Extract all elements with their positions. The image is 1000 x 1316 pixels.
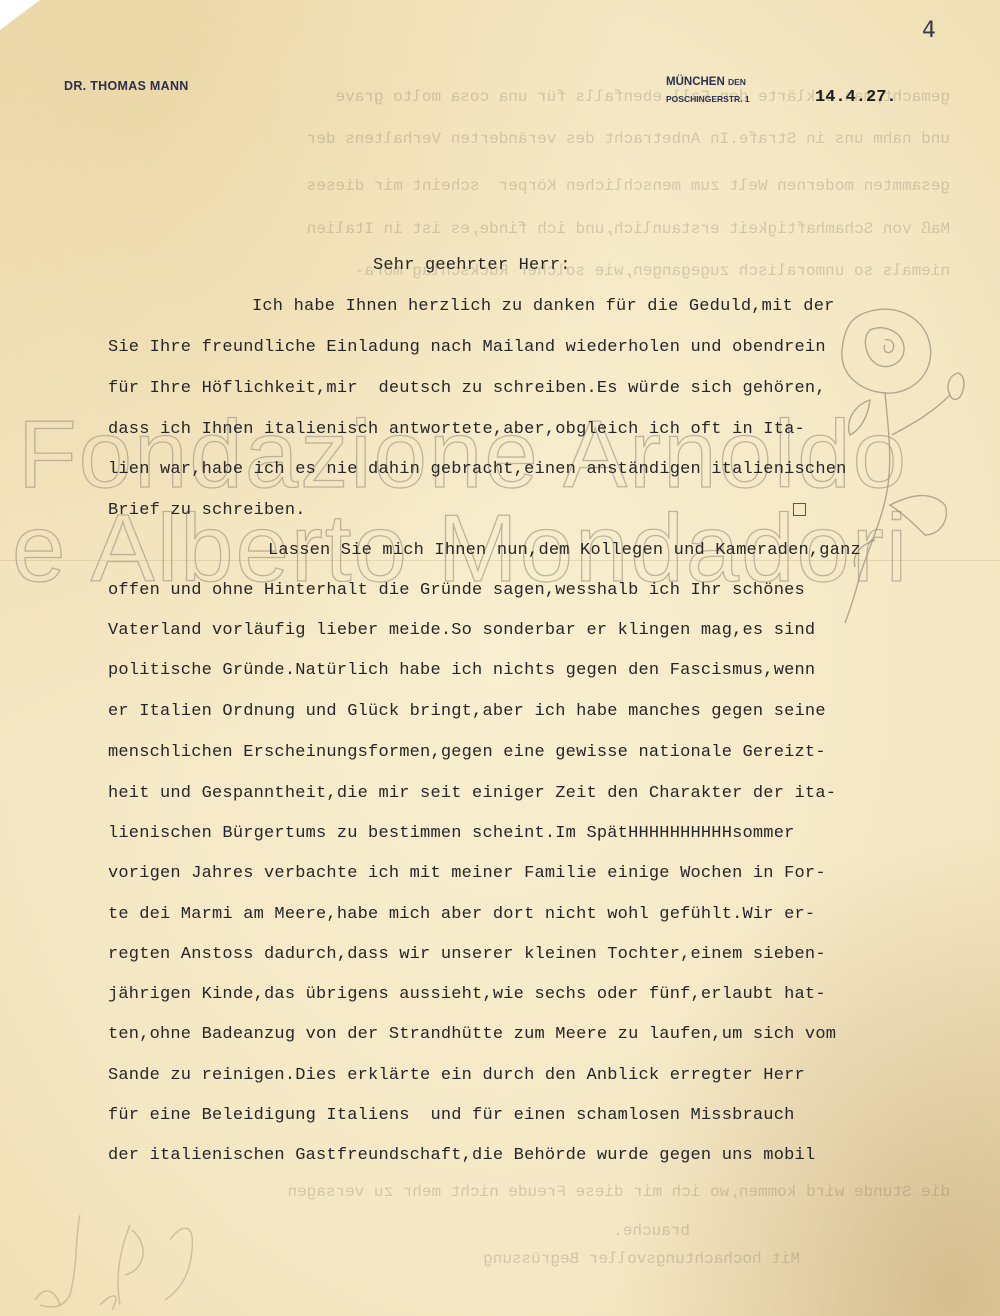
body-line: jährigen Kinde,das übrigens aussieht,wie… — [108, 985, 826, 1004]
showthrough-line: die Stunde wird kommen,wo ich mir diese … — [70, 1183, 950, 1201]
letterhead-city-name: MÜNCHEN — [666, 76, 725, 88]
body-line: te dei Marmi am Meere,habe mich aber dor… — [108, 905, 815, 924]
body-line: heit und Gespanntheit,die mir seit einig… — [108, 784, 836, 803]
body-line: er Italien Ordnung und Glück bringt,aber… — [108, 702, 826, 721]
signature-showthrough-icon — [20, 1205, 280, 1315]
body-line: für Ihre Höflichkeit,mir deutsch zu schr… — [108, 379, 826, 398]
letterhead-street: POSCHINGERSTR. 1 — [666, 94, 750, 104]
body-line: Brief zu schreiben. — [108, 501, 306, 520]
body-line: politische Gründe.Natürlich habe ich nic… — [108, 661, 815, 680]
letterhead-city-suffix: DEN — [728, 77, 746, 87]
body-line: lien war,habe ich es nie dahin gebracht,… — [108, 460, 847, 479]
box-mark — [793, 503, 806, 516]
showthrough-line: Maß von Schamhaftigkeit erstaunlich,und … — [70, 220, 950, 238]
body-line: vorigen Jahres verbachte ich mit meiner … — [108, 864, 826, 883]
letterhead-city: MÜNCHEN DEN — [666, 76, 746, 88]
letterhead-name: DR. THOMAS MANN — [64, 79, 189, 93]
body-line: offen und ohne Hinterhalt die Gründe sag… — [108, 581, 805, 600]
body-line: regten Anstoss dadurch,dass wir unserer … — [108, 945, 826, 964]
letter-date: 14.4.27. — [815, 88, 897, 107]
body-line: der italienischen Gastfreundschaft,die B… — [108, 1146, 815, 1165]
body-line: Vaterland vorläufig lieber meide.So sond… — [108, 621, 815, 640]
body-line: ten,ohne Badeanzug von der Strandhütte z… — [108, 1025, 836, 1044]
page-number: 4 — [922, 18, 936, 43]
body-line: Sie Ihre freundliche Einladung nach Mail… — [108, 338, 826, 357]
showthrough-line: und nahm uns in Strafe.In Anbetracht des… — [70, 130, 950, 148]
body-line: lienischen Bürgertums zu bestimmen schei… — [108, 824, 795, 843]
body-line: menschlichen Erscheinungsformen,gegen ei… — [108, 743, 826, 762]
salutation: Sehr geehrter Herr: — [373, 256, 571, 275]
showthrough-line: gesammten modernen Welt zum menschlichen… — [70, 177, 950, 195]
body-line: dass ich Ihnen italienisch antwortete,ab… — [108, 420, 805, 439]
body-line: Lassen Sie mich Ihnen nun,dem Kollegen u… — [268, 541, 861, 560]
body-line: Sande zu reinigen.Dies erklärte ein durc… — [108, 1066, 805, 1085]
body-line: für eine Beleidigung Italiens und für ei… — [108, 1106, 795, 1125]
body-line: Ich habe Ihnen herzlich zu danken für di… — [252, 297, 835, 316]
